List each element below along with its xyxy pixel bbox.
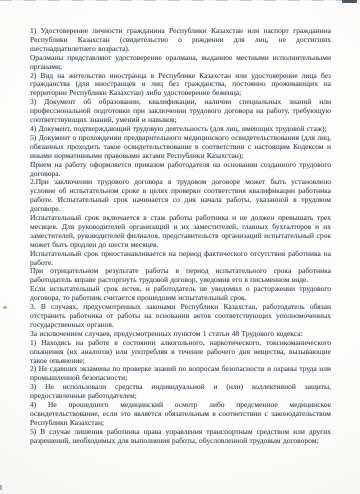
paragraph: Оралманы представляют удостоверение орал… (30, 54, 331, 72)
paragraph: 1) Удостоверение личности гражданина Рес… (30, 27, 331, 54)
page-edge-shadow (0, 0, 360, 1)
paragraph: 1) Находясь на работе в состоянии алкого… (30, 339, 331, 366)
scan-artifact-dot (0, 485, 2, 490)
scan-artifact-bar (342, 0, 357, 3)
paragraph: 2) Вид на жительство иностранца в Респуб… (30, 72, 331, 99)
paragraph: 3) Документ об образовании, квалификации… (30, 98, 331, 125)
paragraph: Испытательный срок включается в стаж раб… (30, 214, 331, 250)
paragraph: 3. В случаях, предусмотренных законами Р… (30, 303, 331, 330)
paragraph: 4) Не прошедшего медицинский осмотр либо… (30, 401, 331, 428)
paragraph: Если испытательный срок истек, и работод… (30, 285, 331, 303)
paragraph: 5) Документ о прохождении предварительно… (30, 134, 331, 161)
paragraph: 3) Не использовали средства индивидуальн… (30, 383, 331, 401)
document-body-text: 1) Удостоверение личности гражданина Рес… (30, 27, 331, 446)
paragraph: 2) Не сдавших экзамены по проверке знани… (30, 365, 331, 383)
paragraph: Прием на работу оформляется приказом раб… (30, 161, 331, 179)
paragraph: 5) В случае лишения работника права упра… (30, 428, 331, 446)
paragraph: 2.При заключении трудового договора в тр… (30, 178, 331, 214)
scanned-document-page: 1) Удостоверение личности гражданина Рес… (0, 0, 360, 494)
paragraph: При отрицательном результате работы в пе… (30, 267, 331, 285)
paper-stain (3, 306, 7, 309)
paragraph: Испытательный срок приостанавливается на… (30, 250, 331, 268)
